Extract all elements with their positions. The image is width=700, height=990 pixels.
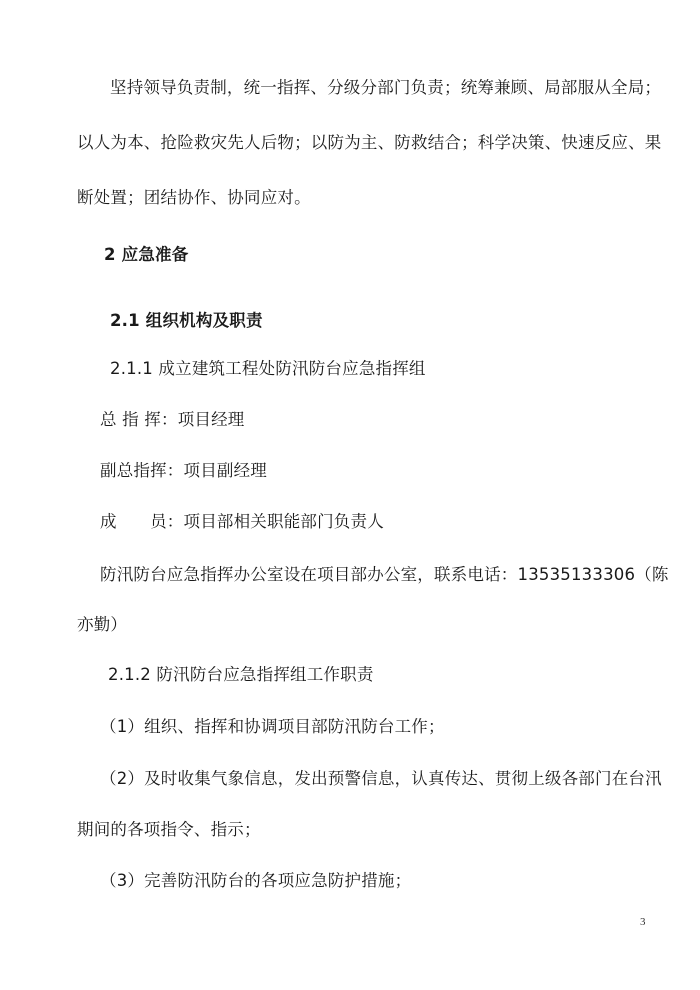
section-heading-2-1-1: 2.1.1 成立建筑工程处防汛防台应急指挥组 <box>110 357 685 381</box>
role-commander: 总 指 挥：项目经理 <box>100 408 675 432</box>
section-heading-2: 2 应急准备 <box>104 243 679 267</box>
office-line-2: 亦勤） <box>77 613 652 637</box>
role-label: 成 员： <box>100 512 184 531</box>
office-line-1: 防汛防台应急指挥办公室设在项目部办公室，联系电话：13535133306（陈 <box>100 563 652 587</box>
duty-item-2-line-2: 期间的各项指令、指示； <box>77 818 652 842</box>
role-value: 项目部相关职能部门负责人 <box>184 512 384 531</box>
role-label: 副总指挥： <box>100 461 184 480</box>
principles-line-3: 断处置；团结协作、协同应对。 <box>77 186 652 210</box>
role-members: 成 员：项目部相关职能部门负责人 <box>100 510 675 534</box>
role-value: 项目副经理 <box>184 461 268 480</box>
principles-line-2: 以人为本、抢险救灾先人后物；以防为主、防救结合；科学决策、快速反应、果 <box>77 131 652 155</box>
section-heading-2-1: 2.1 组织机构及职责 <box>110 309 685 333</box>
role-value: 项目经理 <box>178 410 245 429</box>
duty-item-1: （1）组织、指挥和协调项目部防汛防台工作； <box>100 715 675 739</box>
role-deputy-commander: 副总指挥：项目副经理 <box>100 459 675 483</box>
duty-item-3: （3）完善防汛防台的各项应急防护措施； <box>100 869 675 893</box>
document-page: 坚持领导负责制，统一指挥、分级分部门负责；统筹兼顾、局部服从全局； 以人为本、抢… <box>0 0 700 990</box>
duty-item-2-line-1: （2）及时收集气象信息，发出预警信息，认真传达、贯彻上级各部门在台汛 <box>100 767 652 791</box>
role-label: 总 指 挥： <box>100 410 178 429</box>
page-number: 3 <box>640 916 646 928</box>
principles-line-1: 坚持领导负责制，统一指挥、分级分部门负责；统筹兼顾、局部服从全局； <box>110 76 652 100</box>
section-heading-2-1-2: 2.1.2 防汛防台应急指挥组工作职责 <box>108 663 683 687</box>
